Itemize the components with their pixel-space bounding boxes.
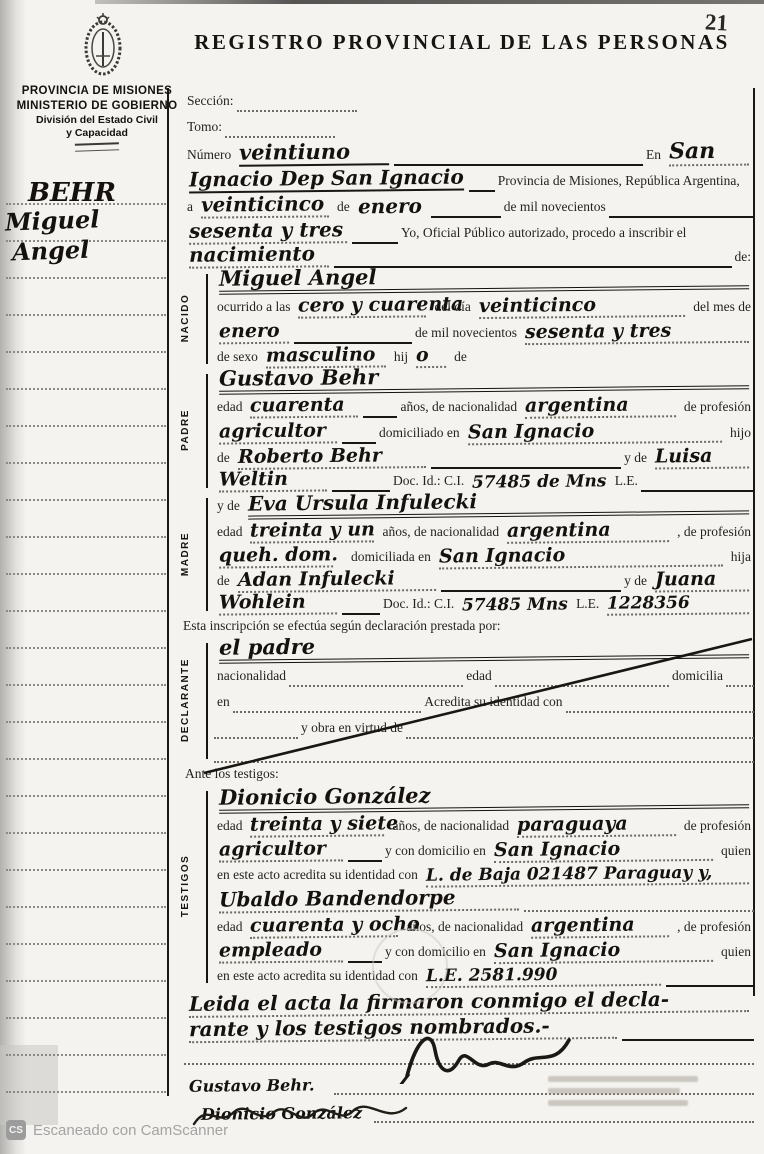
scan-top-artifact [95, 0, 764, 4]
handwritten-entry: agricultor [219, 419, 337, 444]
handwritten-entry: L. de Baja 021487 Paraguay y, [426, 862, 749, 887]
handwritten-entry: veinticinco [479, 293, 686, 319]
form-row: empleadoy con domicilio enSan Ignacioqui… [214, 938, 754, 963]
printed-label: de [337, 199, 350, 218]
section-label-nacido: NACIDO [180, 294, 191, 342]
handwritten-entry: Wohlein [219, 590, 337, 615]
handwritten-entry: San Ignacio [439, 543, 723, 570]
handwritten-entry: 57485 Mns [462, 594, 568, 615]
printed-label: domicilia [672, 668, 723, 687]
printed-label: Sección: [187, 93, 234, 112]
handwritten-entry: treinta y un [250, 518, 374, 543]
section-bracket [206, 643, 208, 759]
printed-label: y de [624, 573, 647, 592]
margin-ruled-line [6, 980, 166, 982]
printed-label: Ante los testigos: [185, 766, 279, 785]
handwritten-entry: argentina [531, 913, 669, 938]
margin-ruled-line [6, 647, 166, 649]
printed-label: años, de nacionalidad [382, 524, 499, 543]
form-row: enerode mil novecientossesenta y tres [214, 318, 754, 344]
section-rows-testigos: Dionicio Gonzálezedadtreinta y sieteaños… [214, 785, 754, 987]
handwritten-entry: Eva Ursula Infulecki [248, 486, 749, 519]
printed-label: domiciliada en [351, 549, 431, 568]
margin-ruled-line [6, 314, 166, 316]
printed-label: edad [217, 524, 242, 543]
printed-label: Tomo: [187, 119, 222, 138]
section-rows-nacido: Miguel Angelocurrido a lascero y cuarent… [214, 268, 754, 368]
form-row: edadcuarentaaños, de nacionalidadargenti… [214, 392, 754, 418]
agency-underline [75, 142, 119, 152]
handwritten-entry: veintiuno [239, 138, 389, 167]
form-row: edadcuarenta y ochoaños, de nacionalidad… [214, 912, 754, 938]
rule-line [374, 1121, 754, 1123]
printed-label: en [217, 694, 230, 713]
margin-ruled-column [6, 168, 166, 1093]
handwritten-entry: treinta y siete [250, 812, 384, 837]
handwritten-entry: Gustavo Behr. [189, 1075, 329, 1095]
printed-label: de [217, 450, 230, 469]
scanned-birth-certificate: REGISTRO PROVINCIAL DE LAS PERSONAS 21 P… [0, 0, 764, 1154]
handwritten-entry: Gustavo Behr [219, 360, 749, 395]
handwritten-entry: Adan Infulecki [238, 567, 436, 593]
camscanner-watermark: CS Escaneado con CamScanner [6, 1120, 228, 1140]
rule-line [352, 242, 398, 244]
margin-ruled-line [6, 869, 166, 871]
margin-ruled-line [6, 277, 166, 279]
handwritten-entry: Dionicio González [219, 779, 749, 814]
handwritten-entry: cuarenta [250, 393, 358, 418]
form-row: Leida el acta la firmaron conmigo el dec… [184, 987, 754, 1015]
printed-label: de [217, 573, 230, 592]
form-row: ocurrido a lascero y cuarentadel díavein… [214, 292, 754, 318]
handwritten-entry: 1228356 [607, 592, 749, 615]
section-testigos: TESTIGOS Dionicio Gonzálezedadtreinta y … [176, 785, 754, 987]
section-bracket [206, 791, 208, 983]
form-row: aveinticincodeenerode mil novecientos [184, 192, 754, 218]
printed-label: en este acto acredita su identidad con [217, 867, 418, 886]
handwritten-entry: sesenta y tres [525, 319, 749, 345]
rule-line [342, 613, 380, 615]
margin-ruled-line [6, 1017, 166, 1019]
margin-ruled-line [6, 610, 166, 612]
margin-surname: BEHR [28, 178, 116, 208]
margin-ruled-line [6, 943, 166, 945]
printed-label: del mes de [693, 299, 751, 318]
printed-label: , de profesión [677, 524, 751, 543]
form-row: deAdan Infuleckiy deJuana [214, 568, 754, 592]
rule-line [225, 136, 335, 138]
handwritten-entry: paraguaya [517, 812, 676, 838]
section-label-madre: MADRE [180, 531, 191, 575]
rule-line [214, 737, 298, 739]
handwritten-entry: San Ignacio [494, 938, 713, 964]
rule-line [348, 860, 382, 862]
printed-label: Doc. Id.: C.I. [383, 596, 454, 615]
rule-line [363, 416, 397, 418]
form-row: deRoberto Behry deLuisa [214, 444, 754, 469]
rule-line [431, 216, 501, 218]
handwritten-entry: enero [219, 320, 289, 345]
camscanner-icon: CS [6, 1120, 26, 1140]
printed-label: L.E. [576, 596, 599, 615]
form-row: queh. dom.domiciliada enSan Ignaciohija [214, 543, 754, 568]
form-row: agricultory con domicilio enSan Ignacioq… [214, 837, 754, 862]
section-rows-madre: y deEva Ursula Infuleckiedadtreinta y un… [214, 492, 754, 615]
form-row: Dionicio González [214, 785, 754, 811]
printed-label: Provincia de Misiones, República Argenti… [498, 173, 740, 192]
form-row: Ubaldo Bandendorpe [214, 886, 754, 912]
section-rows-declarante: el padrenacionalidadedaddomiciliaenAcred… [214, 637, 754, 763]
rule-line [495, 685, 669, 687]
agency-line: PROVINCIA DE MISIONES [4, 84, 190, 99]
margin-ruled-line [6, 684, 166, 686]
form-row: sesenta y tresYo, Oficial Público autori… [184, 218, 754, 244]
margin-ruled-line [6, 906, 166, 908]
form-row: NúmeroveintiunoEnSan [184, 138, 754, 166]
printed-label: ocurrido a las [217, 299, 290, 318]
rule-line [622, 1039, 754, 1041]
printed-label: quien [721, 843, 751, 862]
form-row: agricultordomiciliado enSan Ignaciohijo [214, 418, 754, 444]
handwritten-entry: argentina [525, 393, 676, 419]
handwritten-entry: enero [358, 194, 426, 219]
handwritten-entry: rante y los testigos nombrados.- [189, 1013, 617, 1043]
margin-ruled-line [6, 1091, 166, 1093]
coat-of-arms-seal [80, 10, 126, 80]
printed-label: Yo, Oficial Público autorizado, procedo … [401, 225, 686, 244]
rule-line [214, 761, 754, 763]
rule-line [289, 685, 463, 687]
form-row: Tomo: [184, 112, 754, 138]
printed-label: años, de nacionalidad [392, 818, 509, 837]
printed-label: , de profesión [677, 919, 751, 938]
page-number: 21 [704, 9, 728, 36]
section-declarante: DECLARANTE el padrenacionalidadedaddomic… [176, 637, 754, 763]
handwritten-entry: Ignacio Dep San Ignacio [189, 165, 464, 194]
printed-label: y obra en virtud de [301, 720, 403, 739]
section-rows-padre: Gustavo Behredadcuarentaaños, de naciona… [214, 368, 754, 492]
form-row: WohleinDoc. Id.: C.I.57485 MnsL.E.122835… [214, 592, 754, 615]
handwritten-entry: Leida el acta la firmaron conmigo el dec… [189, 986, 749, 1018]
margin-ruled-line [6, 388, 166, 390]
section-madre: MADRE y deEva Ursula Infuleckiedadtreint… [176, 492, 754, 615]
section-label-padre: PADRE [180, 409, 191, 451]
form-row [184, 1041, 754, 1065]
form-row: edadtreinta y sieteaños, de nacionalidad… [214, 811, 754, 837]
handwritten-entry: queh. dom. [219, 543, 333, 568]
handwritten-entry: Ubaldo Bandendorpe [219, 884, 519, 913]
form-row: Sección: [184, 88, 754, 112]
handwritten-entry: Juana [655, 568, 749, 593]
form-row: y obra en virtud de [214, 713, 754, 739]
printed-label: edad [217, 919, 242, 938]
rule-line [441, 590, 621, 592]
margin-ruled-line [6, 499, 166, 501]
form-row: y deEva Ursula Infulecki [214, 492, 754, 517]
form-row: rante y los testigos nombrados.- [184, 1015, 754, 1041]
handwritten-entry: veinticinco [201, 191, 329, 218]
printed-label: hijo [730, 425, 751, 444]
printed-label: años, de nacionalidad [400, 399, 517, 418]
margin-ruled-line [6, 1054, 166, 1056]
form-row [214, 739, 754, 763]
page-title: REGISTRO PROVINCIAL DE LAS PERSONAS [190, 30, 734, 55]
faint-round-stamp [372, 928, 448, 1004]
printed-label: nacionalidad [217, 668, 286, 687]
handwritten-entry: cero y cuarenta [298, 293, 426, 318]
margin-ruled-line [6, 573, 166, 575]
rule-line [566, 711, 754, 713]
margin-ruled-line [6, 721, 166, 723]
form-row: Gustavo Behr [214, 368, 754, 392]
printed-label: domiciliado en [379, 425, 460, 444]
margin-firstname: Miguel [5, 204, 100, 236]
margin-ruled-line [6, 758, 166, 760]
margin-ruled-line [6, 536, 166, 538]
rule-line [726, 685, 754, 687]
form-row: el padre [214, 637, 754, 661]
printed-label: a [187, 199, 193, 218]
form-left-border [167, 88, 169, 1096]
rule-line [524, 910, 754, 912]
printed-label: Acredita su identidad con [424, 694, 562, 713]
section-nacido: NACIDO Miguel Angelocurrido a lascero y … [176, 268, 754, 368]
camscanner-text: Escaneado con CamScanner [33, 1122, 228, 1139]
rule-line [184, 1063, 754, 1065]
printed-label: y de [624, 450, 647, 469]
section-header-fields: Sección:Tomo:NúmeroveintiunoEnSanIgnacio… [176, 88, 754, 268]
margin-ruled-line [6, 351, 166, 353]
margin-ruled-line [6, 795, 166, 797]
margin-ruled-line [6, 832, 166, 834]
rule-line [406, 737, 754, 739]
margin-middlename: Angel [12, 235, 90, 267]
section-label-declarante: DECLARANTE [180, 658, 191, 742]
section-bracket [206, 374, 208, 488]
form-row [184, 1123, 754, 1147]
section-padre: PADRE Gustavo Behredadcuarentaaños, de n… [176, 368, 754, 492]
rule-line [609, 216, 754, 218]
faint-stamp [548, 1076, 708, 1112]
handwritten-entry: agricultor [219, 837, 343, 862]
printed-label: quien [721, 944, 751, 963]
rule-line [431, 467, 621, 469]
printed-label: de mil novecientos [415, 325, 517, 344]
form-row: en este acto acredita su identidad conL.… [214, 963, 754, 987]
form-row: enAcredita su identidad con [214, 687, 754, 713]
printed-label: y con domicilio en [385, 843, 486, 862]
agency-line: División del Estado Civil [4, 114, 190, 127]
margin-ruled-line [6, 462, 166, 464]
printed-label: de profesión [684, 399, 751, 418]
section-bracket [206, 274, 208, 364]
agency-line: y Capacidad [4, 127, 190, 140]
handwritten-entry: San Ignacio [494, 837, 713, 863]
handwritten-entry: Weltin [219, 467, 327, 492]
handwritten-entry: San [669, 138, 749, 167]
section-closing: Leida el acta la firmaron conmigo el dec… [176, 987, 754, 1065]
printed-label: Número [187, 147, 231, 166]
rule-line [237, 110, 357, 112]
handwritten-entry: San Ignacio [467, 419, 722, 446]
rule-line [233, 711, 421, 713]
handwritten-entry: argentina [507, 518, 669, 544]
printed-label: hija [731, 549, 751, 568]
handwritten-entry: Luisa [655, 445, 749, 470]
form-row: Ignacio Dep San IgnacioProvincia de Misi… [184, 166, 754, 192]
form-row: Miguel Angel [214, 268, 754, 292]
margin-ruled-line [6, 425, 166, 427]
printed-label: En [646, 147, 661, 166]
printed-label: y de [217, 498, 240, 517]
printed-label: edad [466, 668, 491, 687]
agency-block: PROVINCIA DE MISIONES MINISTERIO DE GOBI… [4, 84, 190, 151]
form-row: en este acto acredita su identidad conL.… [214, 862, 754, 886]
handwritten-entry: Miguel Angel [219, 260, 749, 295]
section-bracket [206, 498, 208, 611]
form-body: Sección:Tomo:NúmeroveintiunoEnSanIgnacio… [176, 88, 754, 1147]
printed-label: edad [217, 399, 242, 418]
handwritten-entry: Roberto Behr [238, 444, 426, 470]
form-row: nacionalidadedaddomicilia [214, 661, 754, 687]
rule-line [469, 190, 495, 192]
printed-label: de mil novecientos [504, 199, 606, 218]
section-label-testigos: TESTIGOS [180, 855, 191, 918]
handwritten-entry: L.E. 2581.990 [426, 964, 661, 988]
printed-label: edad [217, 818, 242, 837]
handwritten-entry: cuarenta y ocho [250, 913, 398, 939]
printed-label: de profesión [684, 818, 751, 837]
handwritten-entry: empleado [219, 938, 343, 963]
form-row: edadtreinta y unaños, de nacionalidadarg… [214, 517, 754, 543]
handwritten-entry: el padre [219, 629, 749, 664]
agency-line: MINISTERIO DE GOBIERNO [4, 99, 190, 114]
